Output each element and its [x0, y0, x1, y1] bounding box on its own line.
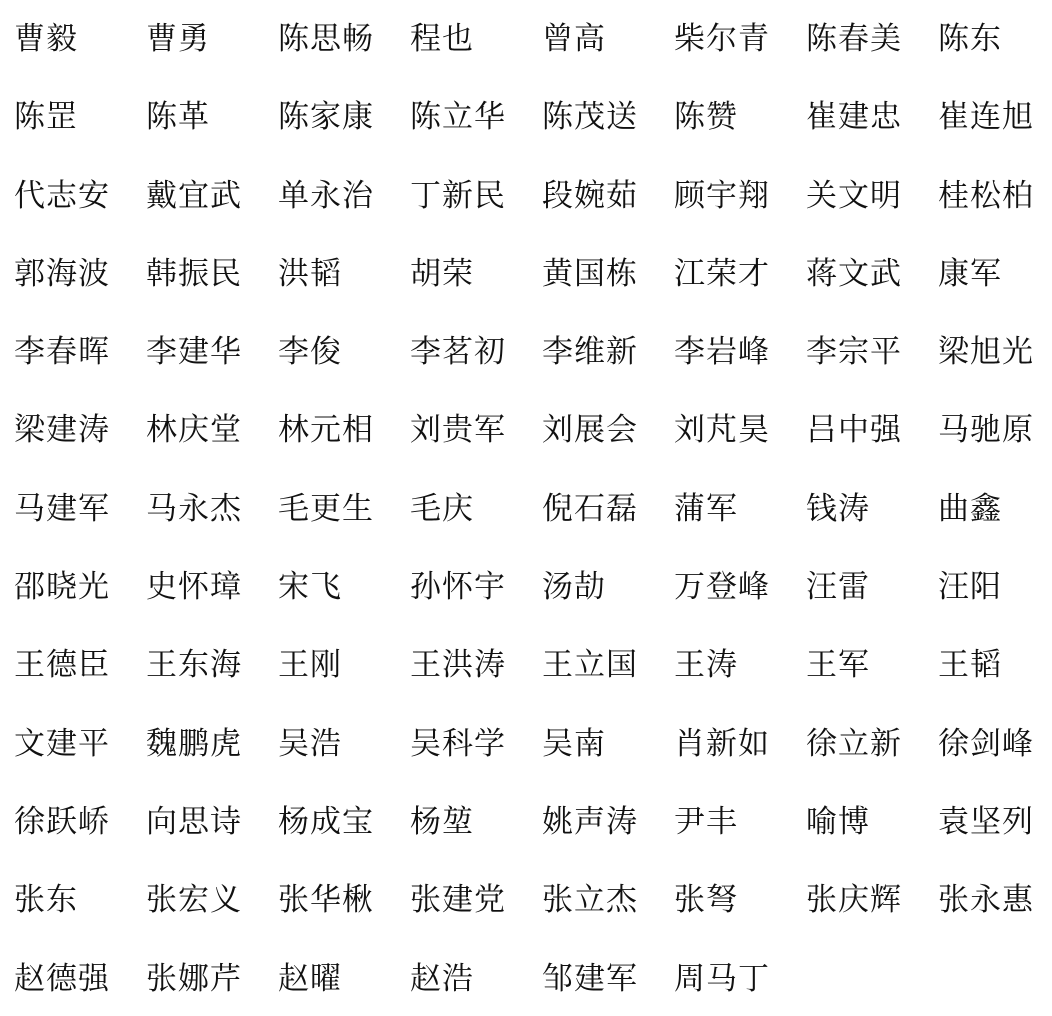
- name-item: 孙怀宇: [410, 548, 542, 626]
- name-item: 徐跃峤: [14, 783, 146, 861]
- name-item: 王立国: [542, 626, 674, 704]
- name-item: 丁新民: [410, 157, 542, 235]
- name-item: 郭海波: [14, 235, 146, 313]
- name-item: 关文明: [806, 157, 938, 235]
- name-item: 张建党: [410, 861, 542, 939]
- name-item: 万登峰: [674, 548, 806, 626]
- name-item: 汤劼: [542, 548, 674, 626]
- name-item: 杨成宝: [278, 783, 410, 861]
- name-item: 代志安: [14, 157, 146, 235]
- name-item: 蒋文武: [806, 235, 938, 313]
- name-item: 毛更生: [278, 470, 410, 548]
- name-item: 王军: [806, 626, 938, 704]
- name-item: 顾宇翔: [674, 157, 806, 235]
- name-item: 马建军: [14, 470, 146, 548]
- name-item: 曹勇: [146, 0, 278, 78]
- name-item: 刘展会: [542, 391, 674, 469]
- name-item: 陈东: [938, 0, 1052, 78]
- name-item: 蒲军: [674, 470, 806, 548]
- name-item: 陈罡: [14, 78, 146, 156]
- name-item: 李维新: [542, 313, 674, 391]
- name-item: 吕中强: [806, 391, 938, 469]
- name-item: 胡荣: [410, 235, 542, 313]
- name-item: 倪石磊: [542, 470, 674, 548]
- name-item: 林元相: [278, 391, 410, 469]
- name-item: 黄国栋: [542, 235, 674, 313]
- name-item: 袁坚列: [938, 783, 1052, 861]
- name-item: 史怀璋: [146, 548, 278, 626]
- name-item: 单永治: [278, 157, 410, 235]
- name-item: 汪雷: [806, 548, 938, 626]
- name-item: 尹丰: [674, 783, 806, 861]
- name-item: 陈春美: [806, 0, 938, 78]
- name-item: 陈家康: [278, 78, 410, 156]
- name-item: 段婉茹: [542, 157, 674, 235]
- name-item: 张庆辉: [806, 861, 938, 939]
- name-item: 吴南: [542, 705, 674, 783]
- name-item: 王洪涛: [410, 626, 542, 704]
- name-item: 吴浩: [278, 705, 410, 783]
- name-item: 吴科学: [410, 705, 542, 783]
- name-item: 张东: [14, 861, 146, 939]
- name-item: 李岩峰: [674, 313, 806, 391]
- name-item: 曲鑫: [938, 470, 1052, 548]
- name-item: 徐剑峰: [938, 705, 1052, 783]
- name-item: 陈立华: [410, 78, 542, 156]
- name-item: 邵晓光: [14, 548, 146, 626]
- name-item: 张立杰: [542, 861, 674, 939]
- name-item: 王刚: [278, 626, 410, 704]
- name-item: 曾高: [542, 0, 674, 78]
- name-item: 姚声涛: [542, 783, 674, 861]
- name-item: 宋飞: [278, 548, 410, 626]
- name-item: 戴宜武: [146, 157, 278, 235]
- name-item: 文建平: [14, 705, 146, 783]
- name-item: 张宏义: [146, 861, 278, 939]
- name-item: 赵德强: [14, 940, 146, 1016]
- name-item: 梁旭光: [938, 313, 1052, 391]
- name-item: 喻博: [806, 783, 938, 861]
- name-item: 马永杰: [146, 470, 278, 548]
- name-item: 李宗平: [806, 313, 938, 391]
- name-item: 赵浩: [410, 940, 542, 1016]
- name-item: 陈思畅: [278, 0, 410, 78]
- name-item: 张永惠: [938, 861, 1052, 939]
- name-item: 陈赞: [674, 78, 806, 156]
- name-item: 向思诗: [146, 783, 278, 861]
- name-item: 肖新如: [674, 705, 806, 783]
- name-item: 刘贵军: [410, 391, 542, 469]
- name-item: 程也: [410, 0, 542, 78]
- name-item: 杨堃: [410, 783, 542, 861]
- name-list-grid: 曹毅 曹勇 陈思畅 程也 曾高 柴尔青 陈春美 陈东 陈罡 陈革 陈家康 陈立华…: [14, 0, 1052, 1016]
- name-item: 洪韬: [278, 235, 410, 313]
- name-item: 柴尔青: [674, 0, 806, 78]
- name-item: 李春晖: [14, 313, 146, 391]
- name-item: 王东海: [146, 626, 278, 704]
- name-item: 梁建涛: [14, 391, 146, 469]
- name-item: 王涛: [674, 626, 806, 704]
- name-item: 桂松柏: [938, 157, 1052, 235]
- name-item: 张华楸: [278, 861, 410, 939]
- name-item: 李茗初: [410, 313, 542, 391]
- name-item: 康军: [938, 235, 1052, 313]
- name-item: 汪阳: [938, 548, 1052, 626]
- name-item: 曹毅: [14, 0, 146, 78]
- name-item: 江荣才: [674, 235, 806, 313]
- name-item: 林庆堂: [146, 391, 278, 469]
- name-item: 魏鹏虎: [146, 705, 278, 783]
- name-item: 邹建军: [542, 940, 674, 1016]
- name-item: 徐立新: [806, 705, 938, 783]
- name-item: 陈革: [146, 78, 278, 156]
- name-item: 崔连旭: [938, 78, 1052, 156]
- name-item: 周马丁: [674, 940, 806, 1016]
- name-item: 崔建忠: [806, 78, 938, 156]
- name-item: 陈茂送: [542, 78, 674, 156]
- name-item: 王德臣: [14, 626, 146, 704]
- name-item: 马驰原: [938, 391, 1052, 469]
- name-item: 王韬: [938, 626, 1052, 704]
- name-item: 李俊: [278, 313, 410, 391]
- name-item: 李建华: [146, 313, 278, 391]
- name-item: 毛庆: [410, 470, 542, 548]
- name-item: 张弩: [674, 861, 806, 939]
- name-item: 韩振民: [146, 235, 278, 313]
- name-item: 刘芃昊: [674, 391, 806, 469]
- name-item: 钱涛: [806, 470, 938, 548]
- name-item: 张娜芹: [146, 940, 278, 1016]
- name-item: 赵曜: [278, 940, 410, 1016]
